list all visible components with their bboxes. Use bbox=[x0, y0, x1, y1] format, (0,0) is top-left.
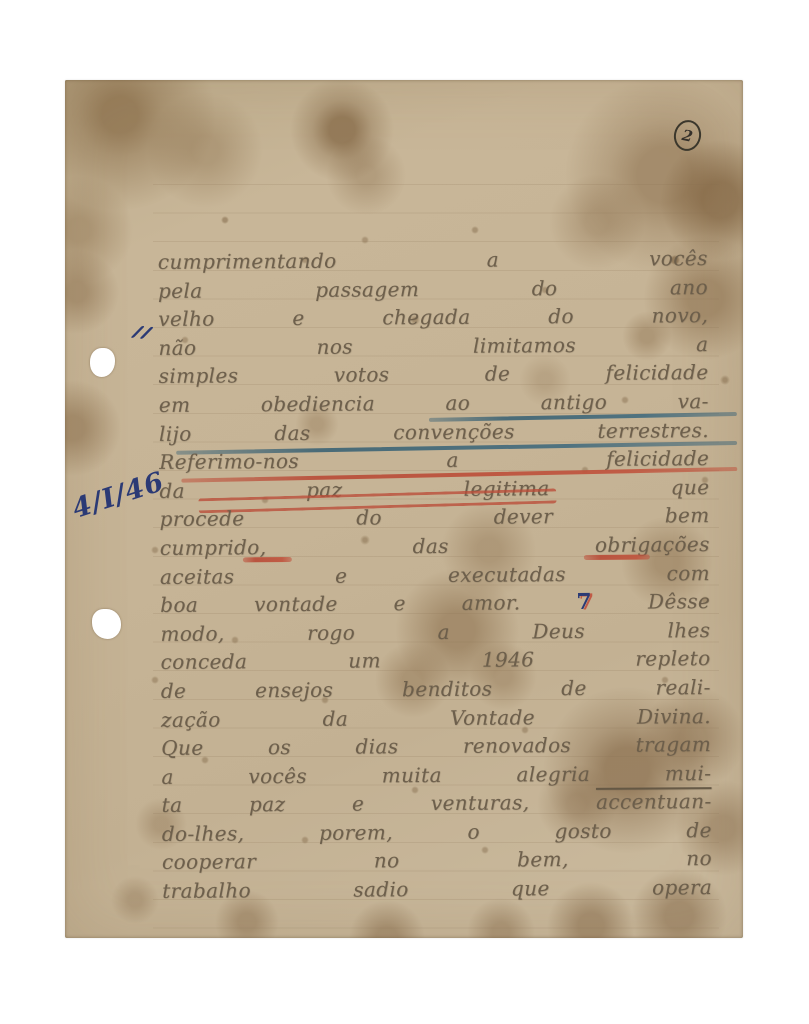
handwritten-line: simples votos de felicidade bbox=[159, 358, 709, 390]
scanned-letter-page: 2 4/I/46 cumprimentando a vocês pela pas… bbox=[0, 0, 809, 1024]
handwritten-line: lijo das convenções terrestres. bbox=[159, 416, 709, 448]
page-number-value: 2 bbox=[681, 126, 695, 146]
handwritten-line: velho e chegada do novo, bbox=[158, 301, 708, 333]
line-text: cumprido, das obrigações bbox=[160, 532, 710, 560]
line-text: ta paz e venturas, bbox=[162, 791, 530, 818]
paper-sheet: 2 4/I/46 cumprimentando a vocês pela pas… bbox=[65, 80, 743, 938]
handwritten-text-block: cumprimentando a vocês pela passagem do … bbox=[158, 244, 713, 905]
handwritten-line: cooperar no bem, no bbox=[162, 845, 712, 877]
margin-quote-mark bbox=[132, 325, 154, 343]
handwritten-line: cumprimentando a vocês bbox=[158, 244, 708, 276]
handwritten-line: do-lhes, porem, o gosto de bbox=[162, 816, 712, 848]
handwritten-line: cumprido, das obrigações bbox=[160, 530, 710, 562]
line-text: lijo das convenções terrestres. bbox=[159, 418, 709, 446]
margin-date-annotation: 4/I/46 bbox=[69, 466, 169, 525]
handwritten-line: modo, rogo a Deus lhes bbox=[160, 616, 710, 648]
line-text: boa vontade e amor. bbox=[160, 591, 520, 618]
handwritten-line: conceda um 1946 repleto bbox=[161, 644, 711, 676]
handwritten-line: procede do dever bem bbox=[160, 501, 710, 533]
handwritten-line: aceitas e executadas com bbox=[160, 559, 710, 591]
handwritten-line: da paz legitima que bbox=[159, 473, 709, 505]
handwritten-line: em obediencia ao antigo va- bbox=[159, 387, 709, 419]
line-text: da paz legitima que bbox=[159, 475, 709, 503]
line-text: Referimo-nos a felicidade bbox=[159, 446, 709, 474]
handwritten-line: ta paz e venturas, accentuan- bbox=[162, 787, 712, 819]
handwritten-line: a vocês muita alegria mui- bbox=[161, 759, 711, 791]
punch-hole-top bbox=[90, 348, 115, 377]
circled-page-number: 2 bbox=[671, 118, 704, 154]
line-text: Dêsse bbox=[648, 589, 710, 613]
handwritten-line: Que os dias renovados tragam bbox=[161, 730, 711, 762]
line-text: em obediencia ao antigo va- bbox=[159, 389, 709, 417]
punch-hole-bottom bbox=[92, 609, 121, 639]
handwritten-line: boa vontade e amor. 7 Dêsse bbox=[160, 587, 710, 619]
paragraph-mark: 7 bbox=[576, 589, 592, 615]
overstruck-word: accentuan- bbox=[596, 789, 712, 814]
handwritten-line: não nos limitamos a bbox=[158, 330, 708, 362]
handwritten-line: zação da Vontade Divina. bbox=[161, 702, 711, 734]
handwritten-line: Referimo-nos a felicidade bbox=[159, 444, 709, 476]
handwritten-line: de ensejos benditos de reali- bbox=[161, 673, 711, 705]
handwritten-line: pela passagem do ano bbox=[158, 273, 708, 305]
handwritten-line: trabalho sadio que opera bbox=[162, 873, 712, 905]
